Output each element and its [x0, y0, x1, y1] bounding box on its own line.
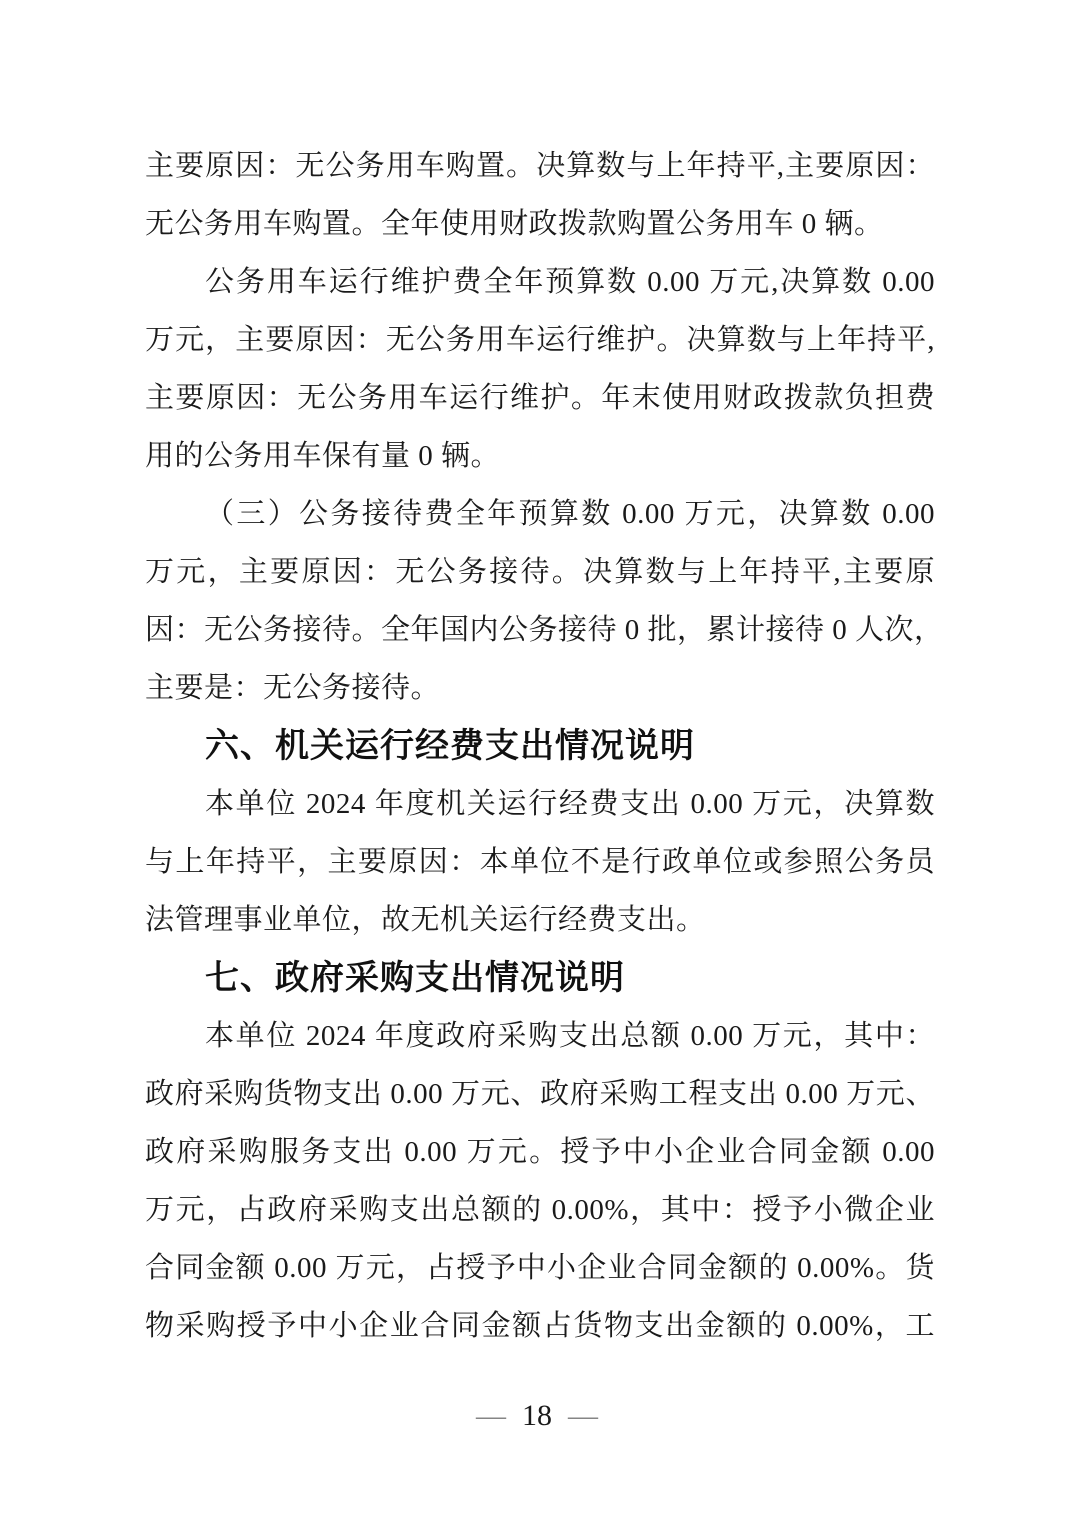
paragraph-official-reception: （三）公务接待费全年预算数 0.00 万元，决算数 0.00 万元，主要原因：无…	[145, 485, 935, 717]
footer-dash-left: —	[476, 1399, 506, 1432]
text-line: 法管理事业单位，故无机关运行经费支出。	[145, 891, 935, 949]
text-line: 合同金额 0.00 万元，占授予中小企业合同金额的 0.00%。货	[145, 1239, 935, 1297]
text-line: 万元，主要原因：无公务用车运行维护。决算数与上年持平,	[145, 311, 935, 369]
text-line: 本单位 2024 年度机关运行经费支出 0.00 万元，决算数	[145, 775, 935, 833]
document-page: 主要原因：无公务用车购置。决算数与上年持平,主要原因： 无公务用车购置。全年使用…	[0, 0, 1074, 1520]
section-heading-operating-expenses: 六、机关运行经费支出情况说明	[145, 717, 935, 775]
text-line: 主要原因：无公务用车购置。决算数与上年持平,主要原因：	[145, 137, 935, 195]
paragraph-operating-expenses: 本单位 2024 年度机关运行经费支出 0.00 万元，决算数 与上年持平，主要…	[145, 775, 935, 949]
text-line: 因：无公务接待。全年国内公务接待 0 批，累计接待 0 人次，	[145, 601, 935, 659]
footer-dash-right: —	[568, 1399, 598, 1432]
text-line: 公务用车运行维护费全年预算数 0.00 万元,决算数 0.00	[145, 253, 935, 311]
text-line: 与上年持平，主要原因：本单位不是行政单位或参照公务员	[145, 833, 935, 891]
text-line: 主要原因：无公务用车运行维护。年末使用财政拨款负担费	[145, 369, 935, 427]
page-number: 18	[522, 1399, 552, 1432]
text-line: 万元，占政府采购支出总额的 0.00%，其中：授予小微企业	[145, 1181, 935, 1239]
text-line: 用的公务用车保有量 0 辆。	[145, 427, 935, 485]
page-footer: —18—	[0, 1396, 1074, 1436]
document-body: 主要原因：无公务用车购置。决算数与上年持平,主要原因： 无公务用车购置。全年使用…	[145, 137, 935, 1355]
paragraph-government-procurement: 本单位 2024 年度政府采购支出总额 0.00 万元，其中： 政府采购货物支出…	[145, 1007, 935, 1355]
text-line: （三）公务接待费全年预算数 0.00 万元，决算数 0.00	[145, 485, 935, 543]
text-line: 无公务用车购置。全年使用财政拨款购置公务用车 0 辆。	[145, 195, 935, 253]
paragraph-vehicle-maintenance: 公务用车运行维护费全年预算数 0.00 万元,决算数 0.00 万元，主要原因：…	[145, 253, 935, 485]
text-line: 政府采购货物支出 0.00 万元、政府采购工程支出 0.00 万元、	[145, 1065, 935, 1123]
text-line: 物采购授予中小企业合同金额占货物支出金额的 0.00%，工	[145, 1297, 935, 1355]
section-heading-government-procurement: 七、政府采购支出情况说明	[145, 949, 935, 1007]
text-line: 万元，主要原因：无公务接待。决算数与上年持平,主要原	[145, 543, 935, 601]
text-line: 政府采购服务支出 0.00 万元。授予中小企业合同金额 0.00	[145, 1123, 935, 1181]
text-line: 主要是：无公务接待。	[145, 659, 935, 717]
paragraph-vehicle-purchase-continuation: 主要原因：无公务用车购置。决算数与上年持平,主要原因： 无公务用车购置。全年使用…	[145, 137, 935, 253]
text-line: 本单位 2024 年度政府采购支出总额 0.00 万元，其中：	[145, 1007, 935, 1065]
